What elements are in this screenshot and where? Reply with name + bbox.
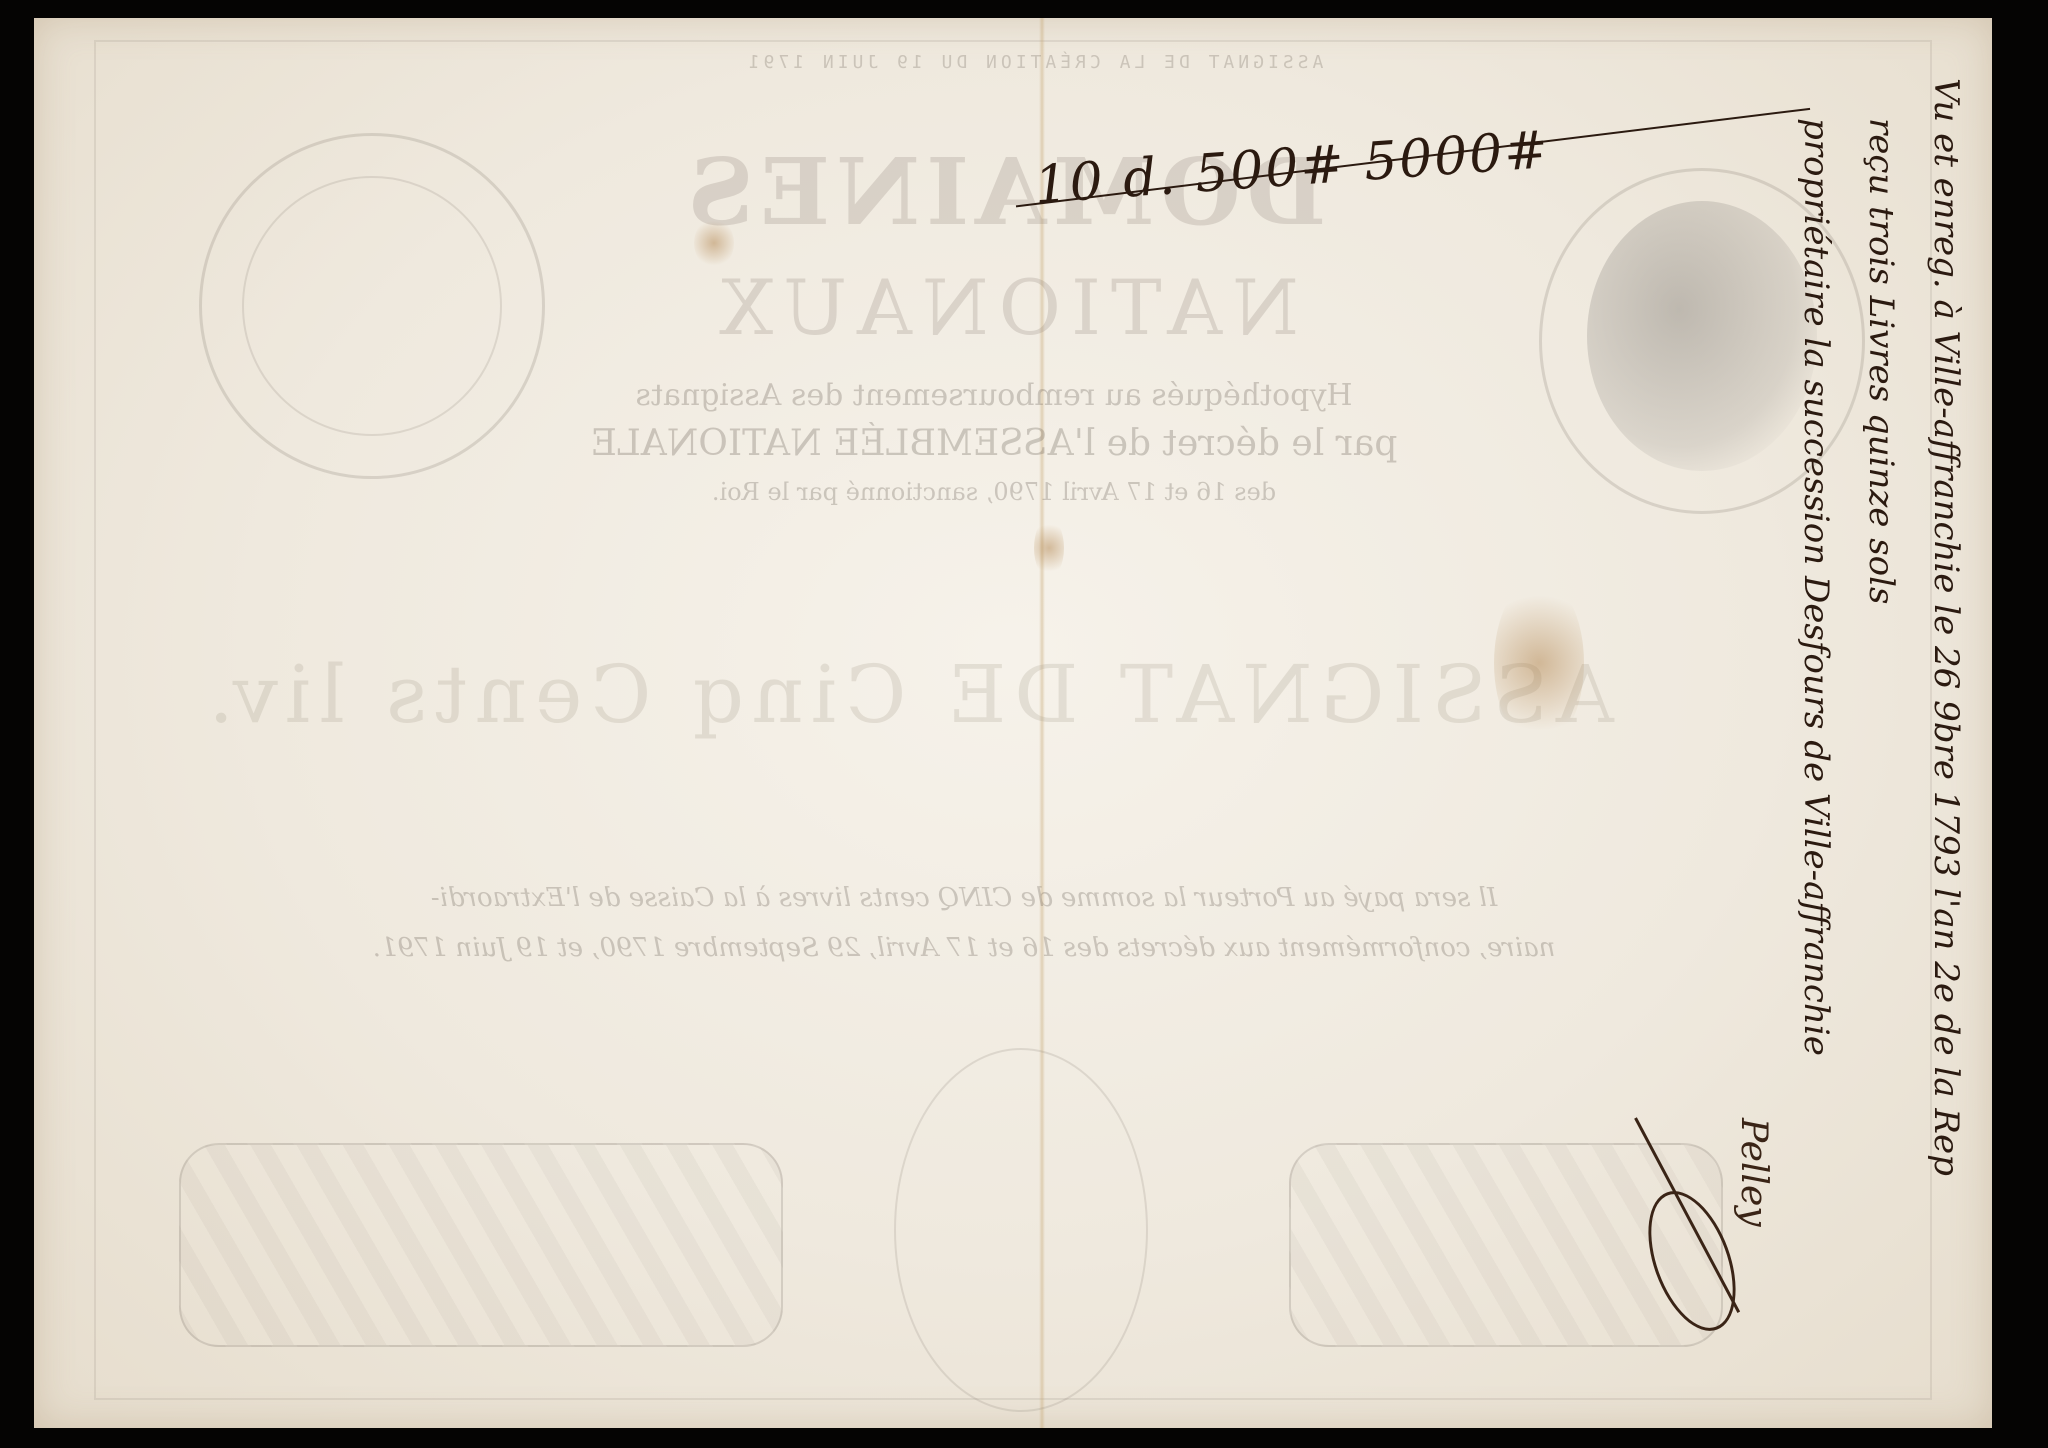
left-seal-emboss [199,133,545,479]
assignat-paper: ASSIGNAT DE LA CRÉATION DU 19 JUIN 1791 … [34,18,1992,1428]
mirrored-line-3: des 16 et 17 Avril 1790, sanctionné par … [594,478,1394,506]
handwritten-line-3: propriétaire la succession Desfours de V… [1799,118,1833,1056]
foxing-stain [1494,578,1584,748]
mirrored-watermark-denomination: ASSIGNAT DE Cinq Cents liv. [214,648,1614,741]
center-oval-emboss [894,1048,1148,1412]
handwritten-line-2: reçu trois Livres quinze sols [1864,118,1898,604]
mirrored-payment-line-1: Il sera payé au Porteur la somme de CINQ… [214,883,1714,913]
mirrored-payment-line-2: naire, conformément aux décrets des 16 e… [214,933,1714,963]
signature: Pelley [1634,1118,1774,1338]
ink-stain [694,218,734,268]
left-cartouche-show-through [179,1143,783,1347]
foxing-stain [1034,518,1064,578]
mirrored-banner-text: ASSIGNAT DE LA CRÉATION DU 19 JUIN 1791 [334,46,1734,80]
mirrored-line-2: par le décret de l'ASSEMBLÉE NATIONALE [554,423,1434,464]
handwritten-line-1: Vu et enreg. à Ville-affranchie le 26 9b… [1929,78,1963,1176]
mirrored-line-1: Hypothéqués au remboursement des Assigna… [554,378,1434,413]
mirrored-title-nationaux: NATIONAUX [654,263,1354,352]
